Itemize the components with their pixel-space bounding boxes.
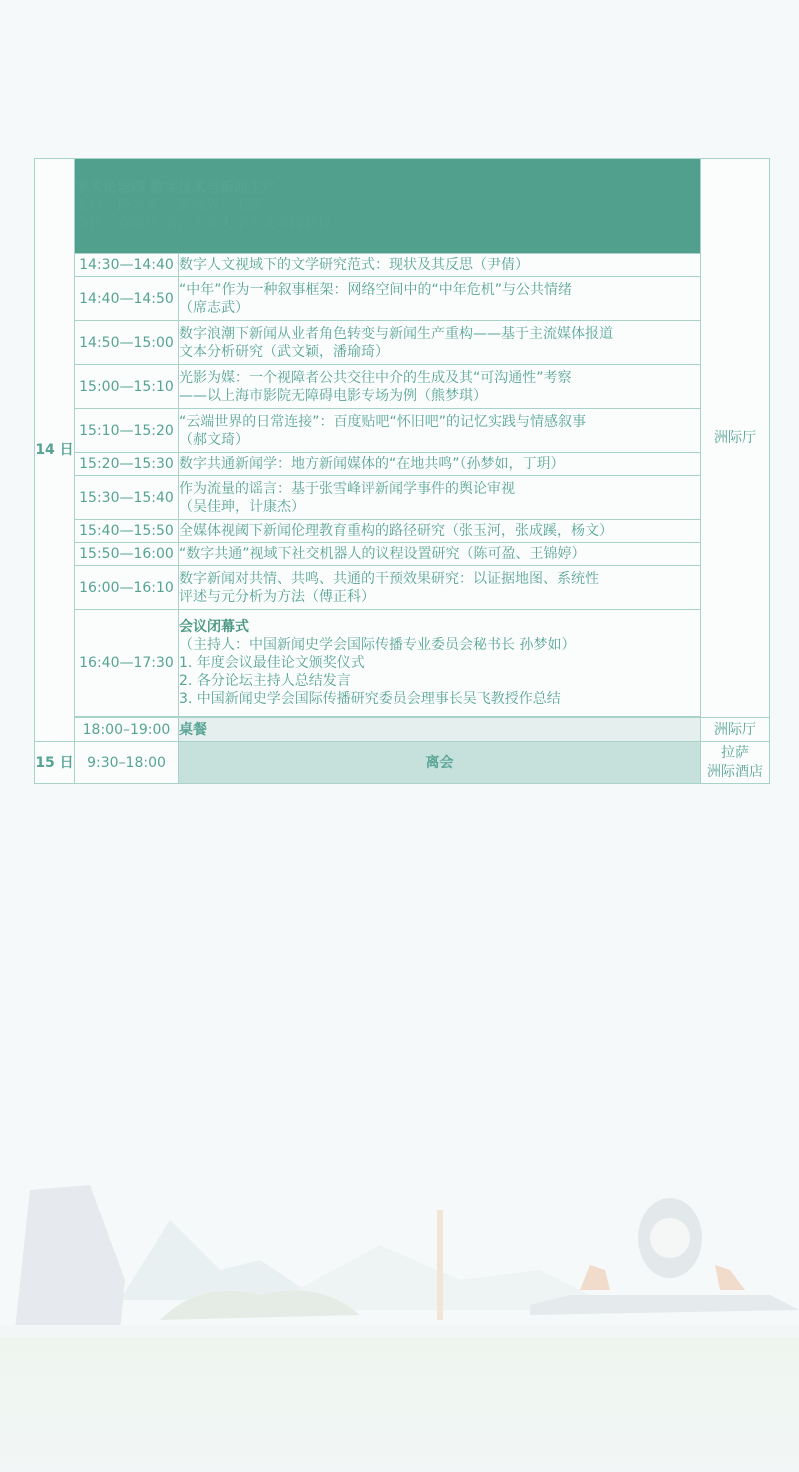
session-row: 15:00—15:10 光影为媒：一个视障者公共交往中介的生成及其“可沟通性”考…	[35, 365, 770, 409]
session-title: “中年”作为一种叙事框架：网络空间中的“中年危机”与公共情绪（席志武）	[179, 277, 701, 321]
session-title: 光影为媒：一个视障者公共交往中介的生成及其“可沟通性”考察——以上海市影院无障碍…	[179, 365, 701, 409]
session-time: 14:50—15:00	[75, 321, 179, 365]
session-row: 15:20—15:30 数字共通新闻学：地方新闻媒体的“在地共鸣”（孙梦如，丁玥…	[35, 453, 770, 476]
session-row: 15:30—15:40 作为流量的谣言：基于张雪峰评新闻学事件的舆论审视（吴佳珅…	[35, 476, 770, 520]
session-line: 数字共通新闻学：地方新闻媒体的“在地共鸣”（孙梦如，丁玥）	[179, 455, 700, 473]
hill-icon	[160, 1291, 360, 1321]
forum-header-row: 14 日 学术论坛四 数字技术与新闻生产 主持：段吉平 《新闻界》主编 点评：袁…	[35, 159, 770, 254]
day-14-cell: 14 日	[35, 159, 75, 742]
closing-title: 会议闭幕式	[179, 618, 700, 636]
departure-row: 15 日 9:30–18:00 离会 拉萨 洲际酒店	[35, 742, 770, 784]
session-time: 15:40—15:50	[75, 520, 179, 543]
mountain-icon	[120, 1220, 320, 1300]
dharma-wheel-icon	[638, 1198, 702, 1278]
closing-ceremony-row: 16:40—17:30 会议闭幕式 （主持人：中国新闻史学会国际传播专业委员会秘…	[35, 610, 770, 717]
session-row: 14:30—14:40 数字人文视域下的文学研究范式：现状及其反思（尹倩）	[35, 254, 770, 277]
session-time: 15:00—15:10	[75, 365, 179, 409]
lhasa-scenery-illustration	[0, 1150, 799, 1472]
session-title: “云端世界的日常连接”：百度贴吧“怀旧吧”的记忆实践与情感叙事（郝文琦）	[179, 409, 701, 453]
session-line: “中年”作为一种叙事框架：网络空间中的“中年危机”与公共情绪	[179, 281, 700, 299]
day-15-cell: 15 日	[35, 742, 75, 784]
session-title: 数字人文视域下的文学研究范式：现状及其反思（尹倩）	[179, 254, 701, 277]
session-row: 14:40—14:50 “中年”作为一种叙事框架：网络空间中的“中年危机”与公共…	[35, 277, 770, 321]
session-line: 作为流量的谣言：基于张雪峰评新闻学事件的舆论审视	[179, 480, 700, 498]
session-line: 光影为媒：一个视障者公共交往中介的生成及其“可沟通性”考察	[179, 369, 700, 387]
plaza-icon	[530, 1295, 799, 1315]
departure-venue: 拉萨 洲际酒店	[701, 742, 770, 784]
session-row: 15:40—15:50 全媒体视阈下新闻伦理教育重构的路径研究（张玉河，张成蹊，…	[35, 520, 770, 543]
session-line: 文本分析研究（武文颖，潘瑜琦）	[179, 343, 700, 361]
forum-header: 学术论坛四 数字技术与新闻生产 主持：段吉平 《新闻界》主编 点评：袁靖华 浙江…	[75, 159, 701, 254]
closing-item: 1. 年度会议最佳论文颁奖仪式	[179, 654, 700, 672]
session-line: “数字共通”视域下社交机器人的议程设置研究（陈可盈、王锦婷）	[179, 545, 700, 563]
dinner-time: 18:00–19:00	[75, 718, 179, 742]
session-title: 全媒体视阈下新闻伦理教育重构的路径研究（张玉河，张成蹊，杨文）	[179, 520, 701, 543]
session-time: 14:40—14:50	[75, 277, 179, 321]
session-time: 14:30—14:40	[75, 254, 179, 277]
session-time: 15:10—15:20	[75, 409, 179, 453]
session-title: 数字浪潮下新闻从业者角色转变与新闻生产重构——基于主流媒体报道文本分析研究（武文…	[179, 321, 701, 365]
session-title: 数字共通新闻学：地方新闻媒体的“在地共鸣”（孙梦如，丁玥）	[179, 453, 701, 476]
deer-icon	[715, 1265, 745, 1290]
session-title: “数字共通”视域下社交机器人的议程设置研究（陈可盈、王锦婷）	[179, 543, 701, 566]
session-line: 评述与元分析为方法（傅正科）	[179, 588, 700, 606]
closing-host: （主持人：中国新闻史学会国际传播专业委员会秘书长 孙梦如）	[179, 636, 700, 654]
session-line: ——以上海市影院无障碍电影专场为例（熊梦琪）	[179, 387, 700, 405]
session-row: 14:50—15:00 数字浪潮下新闻从业者角色转变与新闻生产重构——基于主流媒…	[35, 321, 770, 365]
forum-title: 学术论坛四 数字技术与新闻生产	[75, 179, 700, 197]
departure-time: 9:30–18:00	[75, 742, 179, 784]
closing-item: 2. 各分论坛主持人总结发言	[179, 672, 700, 690]
session-time: 16:00—16:10	[75, 566, 179, 610]
closing-content: 会议闭幕式 （主持人：中国新闻史学会国际传播专业委员会秘书长 孙梦如） 1. 年…	[179, 610, 701, 717]
session-line: 全媒体视阈下新闻伦理教育重构的路径研究（张玉河，张成蹊，杨文）	[179, 522, 700, 540]
session-title: 作为流量的谣言：基于张雪峰评新闻学事件的舆论审视（吴佳珅，计康杰）	[179, 476, 701, 520]
session-line: 数字人文视域下的文学研究范式：现状及其反思（尹倩）	[179, 256, 700, 274]
dinner-row: 18:00–19:00 桌餐 洲际厅	[35, 718, 770, 742]
dinner-label: 桌餐	[179, 718, 701, 742]
dinner-venue: 洲际厅	[701, 718, 770, 742]
closing-time: 16:40—17:30	[75, 610, 179, 717]
deer-icon	[580, 1265, 610, 1290]
forum-commentator: 点评：袁靖华 浙江工业大学人文学院教授	[75, 215, 700, 233]
venue-cell: 洲际厅	[701, 159, 770, 718]
session-row: 15:10—15:20 “云端世界的日常连接”：百度贴吧“怀旧吧”的记忆实践与情…	[35, 409, 770, 453]
session-line: （吴佳珅，计康杰）	[179, 498, 700, 516]
session-line: 数字新闻对共情、共鸣、共通的干预效果研究：以证据地图、系统性	[179, 570, 700, 588]
forum-host: 主持：段吉平 《新闻界》主编	[75, 197, 700, 215]
rock-icon	[15, 1185, 125, 1330]
pillar-icon	[437, 1210, 443, 1320]
session-time: 15:20—15:30	[75, 453, 179, 476]
closing-item: 3. 中国新闻史学会国际传播研究委员会理事长吴飞教授作总结	[179, 690, 700, 708]
session-line: “云端世界的日常连接”：百度贴吧“怀旧吧”的记忆实践与情感叙事	[179, 413, 700, 431]
session-row: 15:50—16:00 “数字共通”视域下社交机器人的议程设置研究（陈可盈、王锦…	[35, 543, 770, 566]
railing-icon	[0, 1325, 799, 1337]
session-title: 数字新闻对共情、共鸣、共通的干预效果研究：以证据地图、系统性评述与元分析为方法（…	[179, 566, 701, 610]
session-line: （席志武）	[179, 299, 700, 317]
conference-schedule-table: 14 日 学术论坛四 数字技术与新闻生产 主持：段吉平 《新闻界》主编 点评：袁…	[34, 158, 770, 784]
session-row: 16:00—16:10 数字新闻对共情、共鸣、共通的干预效果研究：以证据地图、系…	[35, 566, 770, 610]
session-line: （郝文琦）	[179, 431, 700, 449]
departure-label: 离会	[179, 742, 701, 784]
session-line: 数字浪潮下新闻从业者角色转变与新闻生产重构——基于主流媒体报道	[179, 325, 700, 343]
session-time: 15:30—15:40	[75, 476, 179, 520]
session-time: 15:50—16:00	[75, 543, 179, 566]
